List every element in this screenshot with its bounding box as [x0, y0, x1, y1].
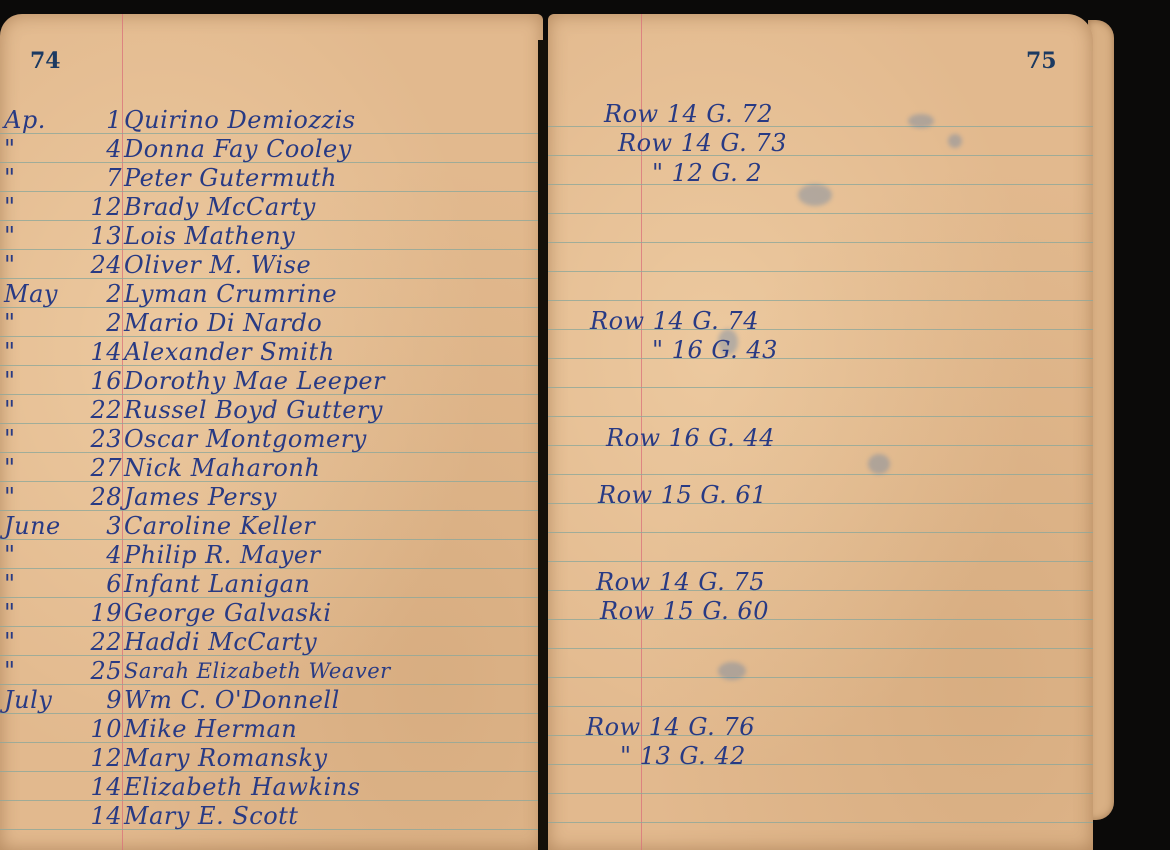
- entry-day: 12: [66, 744, 122, 773]
- entry-day: 1: [66, 106, 122, 135]
- entry-day: 16: [66, 367, 122, 396]
- entry-month: ": [4, 425, 68, 454]
- entry-day: 19: [66, 599, 122, 628]
- entry-day: 28: [66, 483, 122, 512]
- grave-location: Row 14 G. 73: [618, 129, 1078, 158]
- entry-name: Peter Gutermuth: [124, 164, 337, 193]
- entry-day: 14: [66, 802, 122, 831]
- ruled-line: [548, 271, 1093, 272]
- entry-month: ": [4, 657, 68, 686]
- entry-name: Nick Maharonh: [124, 454, 320, 483]
- ruled-line: [548, 561, 1093, 562]
- entry-day: 4: [66, 135, 122, 164]
- entry-name: Philip R. Mayer: [124, 541, 321, 570]
- entry-day: 9: [66, 686, 122, 715]
- entry-row: " 27 Nick Maharonh: [0, 454, 540, 483]
- entry-month: June: [4, 512, 68, 541]
- entry-month: ": [4, 454, 68, 483]
- entry-month: ": [4, 309, 68, 338]
- grave-location: " 16 G. 43: [652, 336, 1112, 365]
- entry-name: Caroline Keller: [124, 512, 315, 541]
- entry-month: ": [4, 483, 68, 512]
- entry-row: " 22 Haddi McCarty: [0, 628, 540, 657]
- entry-row: " 4 Philip R. Mayer: [0, 541, 540, 570]
- entry-day: 3: [66, 512, 122, 541]
- entry-row: " 4 Donna Fay Cooley: [0, 135, 540, 164]
- ruled-line: [548, 706, 1093, 707]
- grave-location: Row 14 G. 72: [604, 100, 1064, 129]
- grave-location: " 12 G. 2: [652, 159, 1112, 188]
- entry-name: Quirino Demiozzis: [124, 106, 356, 135]
- grave-location: Row 15 G. 60: [600, 597, 1060, 626]
- entry-day: 22: [66, 396, 122, 425]
- entry-row: " 13 Lois Matheny: [0, 222, 540, 251]
- entry-name: Lois Matheny: [124, 222, 295, 251]
- entry-name: Wm C. O'Donnell: [124, 686, 340, 715]
- entry-name: Russel Boyd Guttery: [124, 396, 383, 425]
- left-page: 74 Ap. 1 Quirino Demiozzis " 4 Donna Fay…: [0, 14, 543, 850]
- entry-row: " 14 Alexander Smith: [0, 338, 540, 367]
- entry-day: 2: [66, 280, 122, 309]
- grave-location: Row 14 G. 75: [596, 568, 1056, 597]
- entry-day: 27: [66, 454, 122, 483]
- entry-row: " 6 Infant Lanigan: [0, 570, 540, 599]
- grave-location: Row 16 G. 44: [606, 424, 1066, 453]
- entry-row: June 3 Caroline Keller: [0, 512, 540, 541]
- ink-blot: [868, 454, 890, 474]
- entry-month: ": [4, 251, 68, 280]
- entry-name: Oliver M. Wise: [124, 251, 311, 280]
- entry-row: July 9 Wm C. O'Donnell: [0, 686, 540, 715]
- entry-row: " 22 Russel Boyd Guttery: [0, 396, 540, 425]
- entry-name: Alexander Smith: [124, 338, 335, 367]
- ruled-line: [548, 532, 1093, 533]
- grave-location: Row 15 G. 61: [598, 481, 1058, 510]
- ruled-line: [548, 242, 1093, 243]
- entry-row: 10 Mike Herman: [0, 715, 540, 744]
- entry-name: James Persy: [124, 483, 277, 512]
- grave-location: Row 14 G. 76: [586, 713, 1046, 742]
- entry-name: Oscar Montgomery: [124, 425, 367, 454]
- entry-day: 7: [66, 164, 122, 193]
- entry-month: Ap.: [4, 106, 68, 135]
- entry-row: " 12 Brady McCarty: [0, 193, 540, 222]
- entry-row: " 2 Mario Di Nardo: [0, 309, 540, 338]
- entry-name: Infant Lanigan: [124, 570, 310, 599]
- entry-day: 2: [66, 309, 122, 338]
- ruled-line: [548, 648, 1093, 649]
- entry-month: May: [4, 280, 68, 309]
- page-number: 74: [30, 48, 61, 74]
- ruled-line: [548, 822, 1093, 823]
- entry-name: George Galvaski: [124, 599, 332, 628]
- entry-month: ": [4, 367, 68, 396]
- entry-row: 12 Mary Romansky: [0, 744, 540, 773]
- ruled-line: [548, 300, 1093, 301]
- ruled-line: [548, 387, 1093, 388]
- entry-row: 14 Mary E. Scott: [0, 802, 540, 831]
- ruled-line: [548, 213, 1093, 214]
- ruled-line: [548, 474, 1093, 475]
- entry-name: Mario Di Nardo: [124, 309, 322, 338]
- grave-location: Row 14 G. 74: [590, 307, 1050, 336]
- entry-month: ": [4, 541, 68, 570]
- grave-location: " 13 G. 42: [620, 742, 1080, 771]
- entry-month: ": [4, 164, 68, 193]
- entry-day: 13: [66, 222, 122, 251]
- entry-day: 10: [66, 715, 122, 744]
- entry-month: ": [4, 193, 68, 222]
- entry-month: ": [4, 338, 68, 367]
- entry-day: 14: [66, 338, 122, 367]
- entry-name: Brady McCarty: [124, 193, 316, 222]
- entry-day: 14: [66, 773, 122, 802]
- ink-blot: [718, 662, 746, 680]
- ruled-line: [548, 416, 1093, 417]
- entry-day: 23: [66, 425, 122, 454]
- entry-name: Sarah Elizabeth Weaver: [124, 657, 391, 686]
- entry-name: Mike Herman: [124, 715, 297, 744]
- entry-month: ": [4, 222, 68, 251]
- entry-name: Elizabeth Hawkins: [124, 773, 360, 802]
- entry-row: " 16 Dorothy Mae Leeper: [0, 367, 540, 396]
- entry-name: Dorothy Mae Leeper: [124, 367, 385, 396]
- entry-row: May 2 Lyman Crumrine: [0, 280, 540, 309]
- entry-row: " 7 Peter Gutermuth: [0, 164, 540, 193]
- entry-month: July: [4, 686, 68, 715]
- entry-row: " 25 Sarah Elizabeth Weaver: [0, 657, 540, 686]
- entry-day: 4: [66, 541, 122, 570]
- entry-month: ": [4, 570, 68, 599]
- entry-row: 14 Elizabeth Hawkins: [0, 773, 540, 802]
- entry-day: 25: [66, 657, 122, 686]
- entry-month: ": [4, 135, 68, 164]
- entry-month: ": [4, 396, 68, 425]
- entry-row: Ap. 1 Quirino Demiozzis: [0, 106, 540, 135]
- entry-day: 6: [66, 570, 122, 599]
- entry-row: " 28 James Persy: [0, 483, 540, 512]
- right-page: 75 Row 14 G. 72 Row 14 G. 73 " 12 G. 2 R…: [548, 14, 1093, 850]
- entry-day: 22: [66, 628, 122, 657]
- entry-row: " 23 Oscar Montgomery: [0, 425, 540, 454]
- page-number: 75: [1026, 48, 1057, 74]
- entry-day: 24: [66, 251, 122, 280]
- entry-name: Haddi McCarty: [124, 628, 317, 657]
- entry-name: Mary Romansky: [124, 744, 328, 773]
- entry-row: " 24 Oliver M. Wise: [0, 251, 540, 280]
- entry-name: Mary E. Scott: [124, 802, 298, 831]
- ruled-line: [548, 793, 1093, 794]
- ruled-line: [548, 677, 1093, 678]
- entry-row: " 19 George Galvaski: [0, 599, 540, 628]
- entry-month: ": [4, 599, 68, 628]
- entry-name: Donna Fay Cooley: [124, 135, 352, 164]
- entry-name: Lyman Crumrine: [124, 280, 337, 309]
- entry-day: 12: [66, 193, 122, 222]
- entry-month: ": [4, 628, 68, 657]
